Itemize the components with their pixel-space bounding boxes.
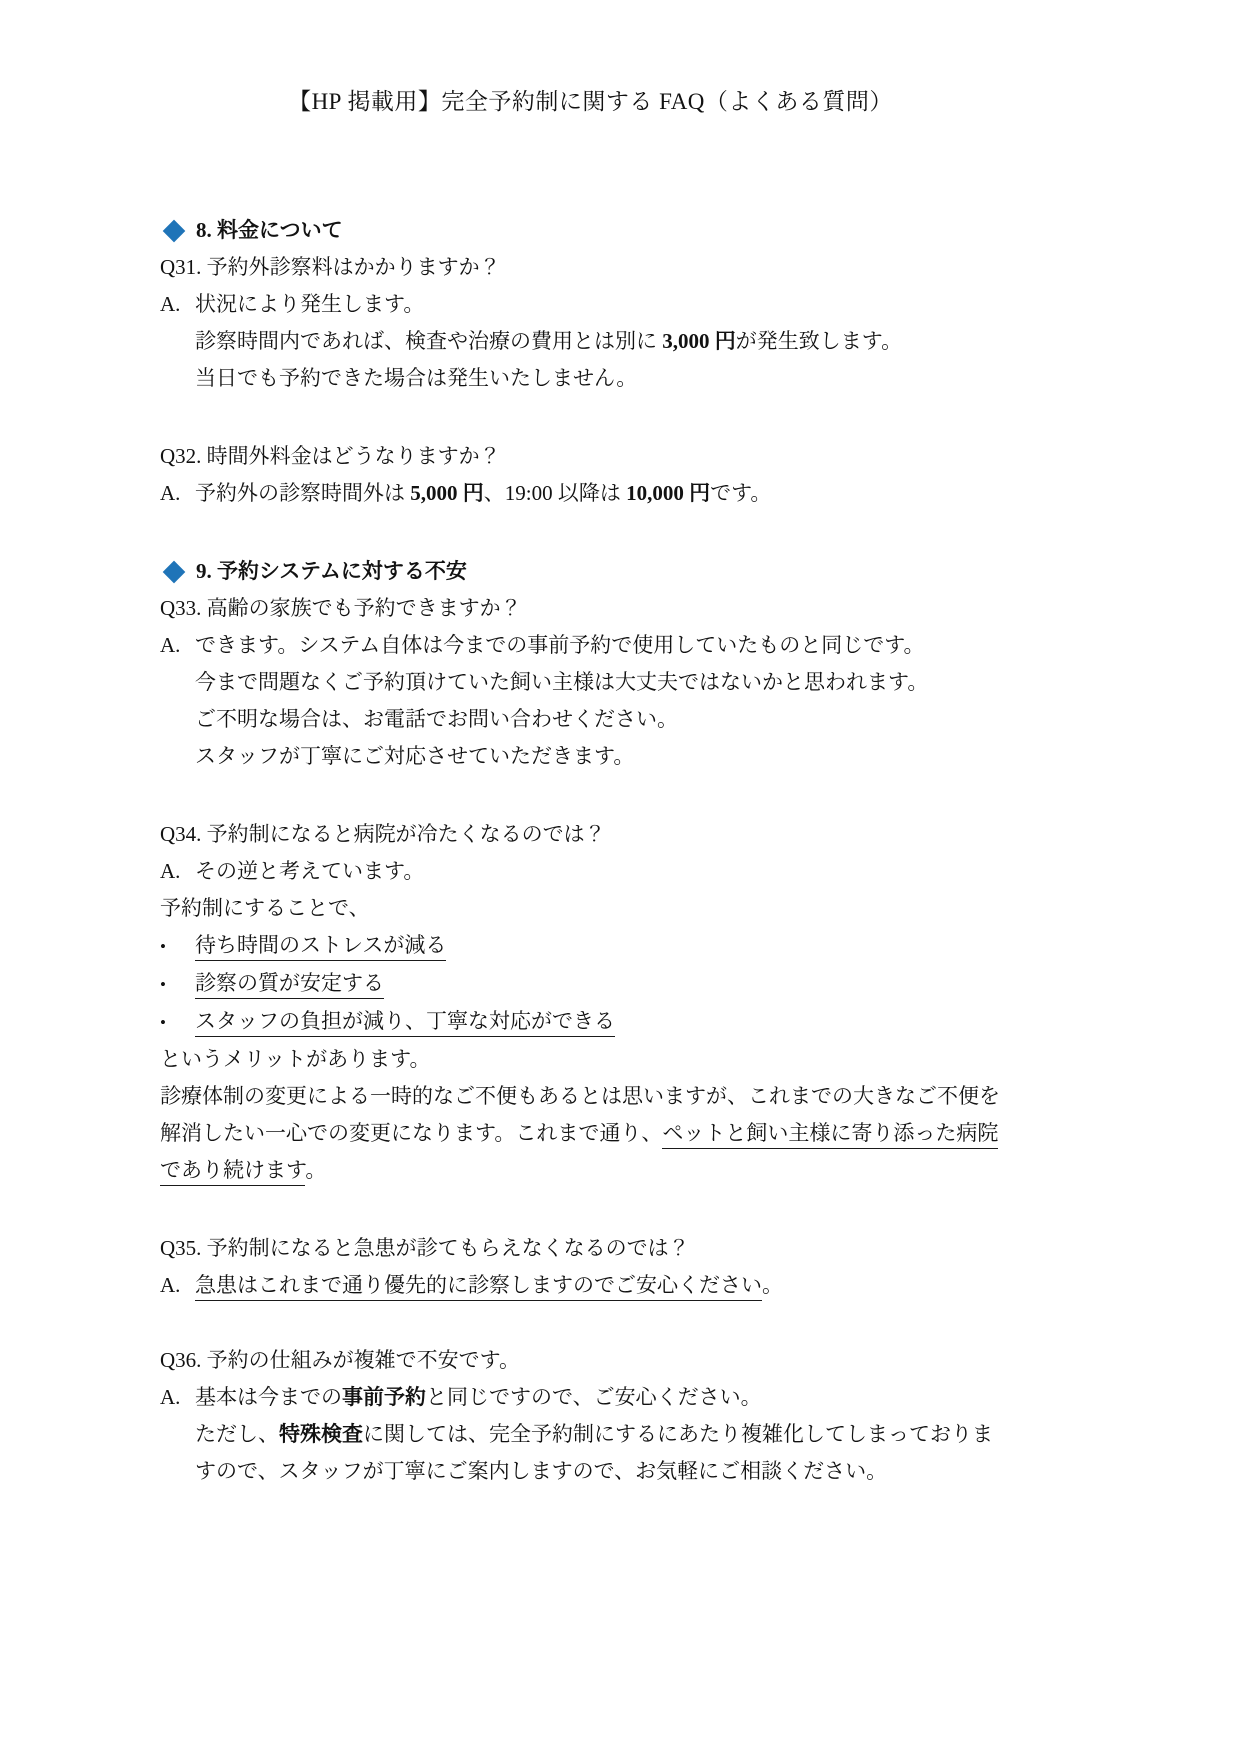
q34-question: Q34. 予約制になると病院が冷たくなるのでは？ xyxy=(160,816,1081,853)
q31-answer-text: 状況により発生します。 xyxy=(195,292,424,316)
bullet-2-text: 診察の質が安定する xyxy=(195,971,384,999)
q32-answer-end: です。 xyxy=(710,481,771,505)
q31-question: Q31. 予約外診察料はかかりますか？ xyxy=(160,249,1081,286)
page-title: 【HP 掲載用】完全予約制に関する FAQ（よくある質問） xyxy=(160,86,1021,118)
answer-prefix: A. xyxy=(160,286,195,323)
q33-answer-detail-2: ご不明な場合は、お電話でお問い合わせください。 xyxy=(195,701,1081,738)
q33-answer-text: できます。システム自体は今までの事前予約で使用していたものと同じです。 xyxy=(195,633,925,657)
q34-merit-line: というメリットがあります。 xyxy=(160,1041,1081,1078)
q34-paragraph-line-1: 診療体制の変更による一時的なご不便もあるとは思いますが、これまでの大きなご不便を xyxy=(160,1078,1081,1115)
fee-5000: 5,000 円 xyxy=(410,481,484,505)
diamond-icon xyxy=(163,560,186,583)
q31-detail-text-end: が発生致します。 xyxy=(736,329,902,353)
answer-prefix: A. xyxy=(160,475,195,512)
q34-paragraph-line-3: であり続けます。 xyxy=(160,1152,1081,1189)
bullet-icon: • xyxy=(160,1004,195,1041)
q36-question: Q36. 予約の仕組みが複雑で不安です。 xyxy=(160,1342,1081,1379)
q32-answer: A.予約外の診察時間外は 5,000 円、19:00 以降は 10,000 円で… xyxy=(160,475,1081,512)
answer-prefix: A. xyxy=(160,1379,195,1416)
q32-question: Q32. 時間外料金はどうなりますか？ xyxy=(160,438,1081,475)
q34-answer: A.その逆と考えています。 xyxy=(160,853,1081,890)
q36-answer: A.基本は今までの事前予約と同じですので、ご安心ください。 xyxy=(160,1379,1081,1416)
q31-answer-detail-2: 当日でも予約できた場合は発生いたしません。 xyxy=(195,360,1081,397)
bullet-3-text: スタッフの負担が減り、丁寧な対応ができる xyxy=(195,1009,615,1037)
q36-answer-end: と同じですので、ご安心ください。 xyxy=(426,1385,762,1409)
q36-answer-detail-2: すので、スタッフが丁寧にご案内しますので、お気軽にご相談ください。 xyxy=(195,1453,1081,1490)
q34-paragraph-text: 解消したい一心での変更になります。これまで通り、 xyxy=(160,1121,662,1145)
q35-question: Q35. 予約制になると急患が診てもらえなくなるのでは？ xyxy=(160,1230,1081,1267)
bullet-item-2: •診察の質が安定する xyxy=(160,965,1081,1003)
q36-detail-text: ただし、 xyxy=(195,1422,279,1446)
section-8-heading: 8. 料金について xyxy=(160,212,1081,249)
q35-answer-period: 。 xyxy=(762,1273,783,1297)
q36-answer-text: 基本は今までの xyxy=(195,1385,342,1409)
q36-bold-advance-reservation: 事前予約 xyxy=(342,1385,426,1409)
q32-answer-text: 予約外の診察時間外は xyxy=(195,481,410,505)
bullet-icon: • xyxy=(160,928,195,965)
q33-answer-detail-3: スタッフが丁寧にご対応させていただきます。 xyxy=(195,738,1081,775)
section-8-heading-text: 8. 料金について xyxy=(196,212,343,249)
q36-answer-detail-1: ただし、特殊検査に関しては、完全予約制にするにあたり複雑化してしまっておりま xyxy=(195,1416,1081,1453)
q32-answer-mid: 、19:00 以降は xyxy=(484,481,626,505)
answer-prefix: A. xyxy=(160,1267,195,1304)
answer-prefix: A. xyxy=(160,853,195,890)
q31-detail-text: 診察時間内であれば、検査や治療の費用とは別に xyxy=(195,329,662,353)
q34-lead-line: 予約制にすることで、 xyxy=(160,890,1081,927)
diamond-icon xyxy=(163,219,186,242)
fee-3000: 3,000 円 xyxy=(662,329,736,353)
q33-question: Q33. 高齢の家族でも予約できますか？ xyxy=(160,590,1081,627)
section-fees: 8. 料金について Q31. 予約外診察料はかかりますか？ A.状況により発生し… xyxy=(160,212,1081,512)
bullet-icon: • xyxy=(160,966,195,1003)
bullet-1-text: 待ち時間のストレスが減る xyxy=(195,933,446,961)
section-9-heading: 9. 予約システムに対する不安 xyxy=(160,553,1081,590)
section-concerns: 9. 予約システムに対する不安 Q33. 高齢の家族でも予約できますか？ A.で… xyxy=(160,553,1081,1490)
q35-answer: A.急患はこれまで通り優先的に診察しますのでご安心ください。 xyxy=(160,1267,1081,1304)
q34-paragraph-line-2: 解消したい一心での変更になります。これまで通り、ペットと飼い主様に寄り添った病院 xyxy=(160,1115,1081,1152)
q36-detail-text-end: に関しては、完全予約制にするにあたり複雑化してしまっておりま xyxy=(363,1422,993,1446)
bullet-item-1: •待ち時間のストレスが減る xyxy=(160,927,1081,965)
bullet-item-3: •スタッフの負担が減り、丁寧な対応ができる xyxy=(160,1003,1081,1041)
q34-underline-continue: であり続けます xyxy=(160,1158,305,1186)
section-9-heading-text: 9. 予約システムに対する不安 xyxy=(196,553,467,590)
q34-underline-pets: ペットと飼い主様に寄り添った病院 xyxy=(662,1121,998,1149)
q35-underline-text: 急患はこれまで通り優先的に診察しますのでご安心ください xyxy=(195,1273,762,1301)
q33-answer: A.できます。システム自体は今までの事前予約で使用していたものと同じです。 xyxy=(160,627,1081,664)
answer-prefix: A. xyxy=(160,627,195,664)
q34-answer-text: その逆と考えています。 xyxy=(195,859,424,883)
q34-paragraph-period: 。 xyxy=(305,1158,326,1182)
document-page: 【HP 掲載用】完全予約制に関する FAQ（よくある質問） 8. 料金について … xyxy=(0,0,1241,1754)
q31-answer: A.状況により発生します。 xyxy=(160,286,1081,323)
fee-10000: 10,000 円 xyxy=(626,481,710,505)
q36-bold-special-exam: 特殊検査 xyxy=(279,1422,363,1446)
q31-answer-detail-1: 診察時間内であれば、検査や治療の費用とは別に 3,000 円が発生致します。 xyxy=(195,323,1081,360)
q33-answer-detail-1: 今まで問題なくご予約頂けていた飼い主様は大丈夫ではないかと思われます。 xyxy=(195,664,1081,701)
